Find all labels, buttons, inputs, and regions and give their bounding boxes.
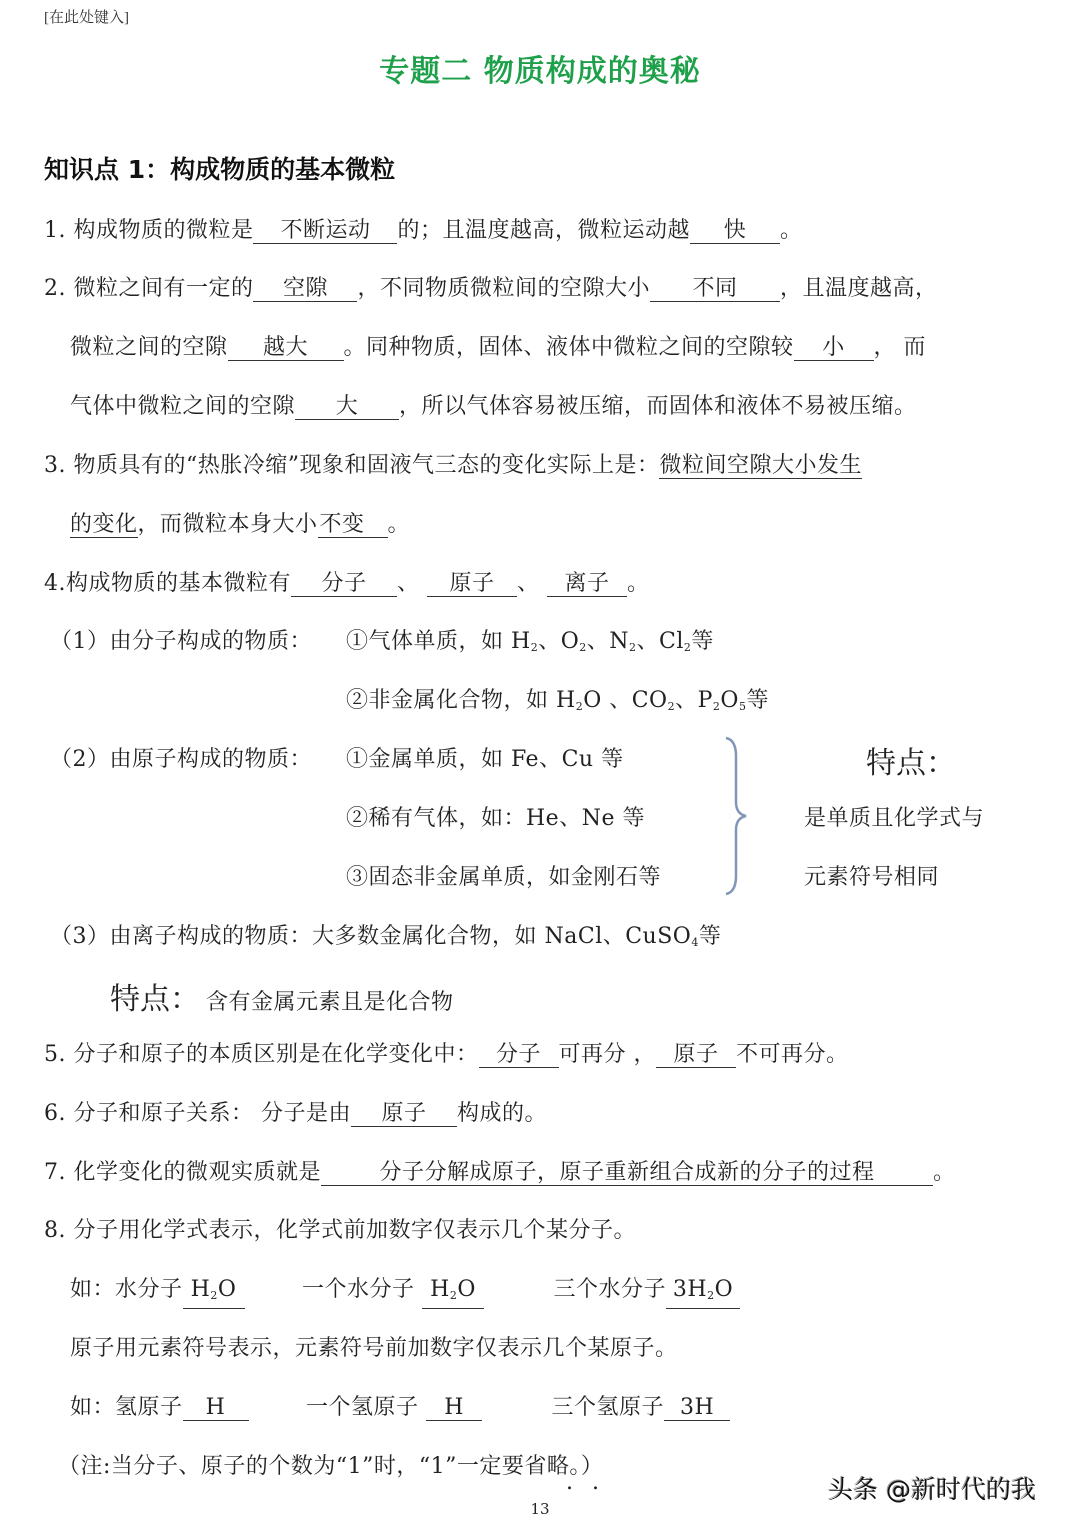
answer-blank: 不变 xyxy=(318,513,388,538)
answer-blank: 分子 xyxy=(291,572,397,597)
answer-underline: 的变化 xyxy=(70,512,138,538)
item-6: 6. 分子和原子关系： 分子是由原子构成的。 xyxy=(44,1099,547,1129)
item-4-1-label: （1）由分子构成的物质： xyxy=(50,627,312,657)
feature-title: 特点： xyxy=(866,738,956,782)
answer-blank: 小 xyxy=(794,336,874,361)
answer-blank: 大 xyxy=(295,395,399,420)
item-4-3-feature: 特点：含有金属元素且是化合物 xyxy=(110,974,454,1018)
item-2-line-1: 2. 微粒之间有一定的空隙，不同物质微粒间的空隙大小不同，且温度越高， xyxy=(44,274,938,304)
answer-blank: 离子 xyxy=(547,572,627,597)
item-4-1-example-2: ②非金属化合物，如 H2O 、CO2、P2O5等 xyxy=(346,686,769,722)
item-7: 7. 化学变化的微观实质就是分子分解成原子，原子重新组合成新的分子的过程。 xyxy=(44,1158,956,1188)
item-2-line-2: 微粒之间的空隙越大。同种物质，固体、液体中微粒之间的空隙较小， 而 xyxy=(70,333,926,363)
item-4-2-label: （2）由原子构成的物质： xyxy=(50,745,312,775)
curly-brace-icon xyxy=(722,736,752,896)
answer-blank: 不断运动 xyxy=(253,219,397,244)
knowledge-point-heading: 知识点 1：构成物质的基本微粒 xyxy=(44,150,395,186)
item-8-atom-examples: 如：氢原子H 一个氢原子 H 三个氢原子3H xyxy=(70,1393,730,1423)
feature-text-line-1: 是单质且化学式与 xyxy=(804,804,984,834)
answer-blank: 分子 xyxy=(479,1043,559,1068)
answer-blank: 分子分解成原子，原子重新组合成新的分子的过程 xyxy=(321,1161,933,1186)
emphasis-dots: . . xyxy=(566,1470,605,1495)
item-4-2-example-3: ③固态非金属单质，如金刚石等 xyxy=(346,863,661,893)
item-5: 5. 分子和原子的本质区别是在化学变化中：分子可再分 ，原子不可再分。 xyxy=(44,1040,849,1070)
answer-blank: 原子 xyxy=(351,1102,457,1127)
answer-blank: 空隙 xyxy=(253,277,357,302)
item-3-line-2: 的变化，而微粒本身大小不变。 xyxy=(70,510,410,540)
item-3-line-1: 3. 物质具有的“热胀冷缩”现象和固液气三态的变化实际上是：微粒间空隙大小发生 xyxy=(44,451,862,481)
answer-underline: 微粒间空隙大小发生 xyxy=(659,453,862,479)
item-1: 1. 构成物质的微粒是不断运动的；且温度越高，微粒运动越快。 xyxy=(44,216,803,246)
item-8: 8. 分子用化学式表示，化学式前加数字仅表示几个某分子。 xyxy=(44,1216,636,1246)
item-8-note: （注:当分子、原子的个数为“1”时，“1”一定要省略。） xyxy=(58,1452,603,1482)
answer-blank: 原子 xyxy=(427,572,517,597)
item-8-molecule-examples: 如：水分子H2O 一个水分子 H2O 三个水分子3H2O xyxy=(70,1275,740,1309)
item-4-1-example-1: ①气体单质，如 H2、O2、N2、Cl2等 xyxy=(346,627,714,663)
answer-blank: 原子 xyxy=(656,1043,736,1068)
answer-blank: 快 xyxy=(690,219,780,244)
item-4-2-example-2: ②稀有气体，如：He、Ne 等 xyxy=(346,804,645,834)
answer-blank: 不同 xyxy=(650,277,780,302)
feature-text-line-2: 元素符号相同 xyxy=(804,863,939,893)
item-4: 4.构成物质的基本微粒有分子、 原子、 离子。 xyxy=(44,569,650,599)
header-placeholder: [在此处键入] xyxy=(44,6,129,27)
watermark: 头条 @新时代的我 xyxy=(828,1470,1036,1506)
item-4-2-example-1: ①金属单质，如 Fe、Cu 等 xyxy=(346,745,624,775)
answer-blank: 越大 xyxy=(228,336,344,361)
item-8-atom-text: 原子用元素符号表示，元素符号前加数字仅表示几个某原子。 xyxy=(70,1334,678,1364)
item-4-3: （3）由离子构成的物质：大多数金属化合物，如 NaCl、CuSO4等 xyxy=(50,922,721,958)
item-2-line-3: 气体中微粒之间的空隙大，所以气体容易被压缩，而固体和液体不易被压缩。 xyxy=(70,392,917,422)
page-title: 专题二 物质构成的奥秘 xyxy=(0,46,1080,90)
